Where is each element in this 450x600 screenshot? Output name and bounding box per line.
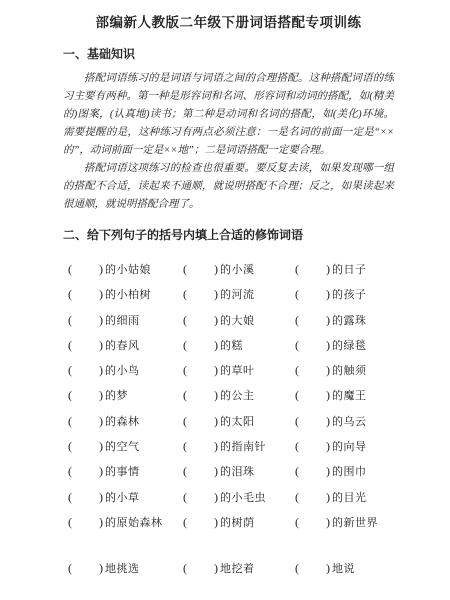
bracket-close: ) xyxy=(99,388,103,402)
phrase-label: 地挑选 xyxy=(105,563,140,575)
bracket-close: ) xyxy=(99,363,103,377)
bracket-open: ( xyxy=(295,561,299,575)
bracket-close: ) xyxy=(214,388,218,402)
bracket-open: ( xyxy=(295,338,299,352)
fill-blank-item: ()的太阳 xyxy=(183,409,295,434)
phrase-label: 的树荫 xyxy=(220,517,255,529)
fill-blank-item: ()的空气 xyxy=(68,434,183,459)
fill-blank-item: ()的新世界 xyxy=(295,510,394,535)
fill-blank-item: ()的公主 xyxy=(183,383,295,408)
fill-blank-item: ()的原始森林 xyxy=(68,510,183,535)
phrase-label: 的小毛虫 xyxy=(220,492,266,504)
bracket-open: ( xyxy=(183,414,187,428)
bracket-close: ) xyxy=(99,561,103,575)
section1-paragraph-1: 搭配词语练习的是词语与词语之间的合理搭配。这种搭配词语的练习主要有两种。第一种是… xyxy=(63,70,394,160)
fill-blank-item: ()的指南针 xyxy=(183,434,295,459)
bracket-open: ( xyxy=(68,490,72,504)
bracket-open: ( xyxy=(295,262,299,276)
bracket-close: ) xyxy=(326,515,330,529)
bracket-close: ) xyxy=(214,338,218,352)
fill-blank-item: ()的小鸟 xyxy=(68,358,183,383)
fill-blank-item: ()的小草 xyxy=(68,485,183,510)
phrase-label: 的目光 xyxy=(332,492,367,504)
fill-blank-item: ()的乌云 xyxy=(295,409,394,434)
fill-blank-item: ()地说 xyxy=(295,556,394,581)
bracket-open: ( xyxy=(295,313,299,327)
bracket-close: ) xyxy=(99,414,103,428)
fill-blank-item: ()的梦 xyxy=(68,383,183,408)
bracket-close: ) xyxy=(99,490,103,504)
bracket-close: ) xyxy=(214,313,218,327)
bracket-open: ( xyxy=(295,388,299,402)
phrase-label: 地挖着 xyxy=(220,563,255,575)
phrase-label: 的大娘 xyxy=(220,315,255,327)
phrase-label: 的森林 xyxy=(105,416,140,428)
phrase-label: 的围巾 xyxy=(332,466,367,478)
phrase-label: 的日子 xyxy=(332,264,367,276)
bracket-open: ( xyxy=(183,363,187,377)
bracket-open: ( xyxy=(183,490,187,504)
bracket-close: ) xyxy=(214,561,218,575)
bracket-close: ) xyxy=(99,515,103,529)
bracket-close: ) xyxy=(326,262,330,276)
bracket-close: ) xyxy=(214,287,218,301)
bracket-close: ) xyxy=(99,439,103,453)
section1-paragraph-2: 搭配词语这项练习的检查也很重要。要反复去读，如果发现哪一组的搭配不合适，读起来不… xyxy=(63,160,394,214)
bracket-close: ) xyxy=(214,363,218,377)
bracket-close: ) xyxy=(99,338,103,352)
fill-blank-item: ()的河流 xyxy=(183,282,295,307)
bracket-open: ( xyxy=(68,414,72,428)
bracket-open: ( xyxy=(68,515,72,529)
fill-blank-item: ()的绿毯 xyxy=(295,333,394,358)
section2-heading: 二、给下列句子的括号内填上合适的修饰词语 xyxy=(63,226,394,243)
bracket-close: ) xyxy=(214,262,218,276)
fill-blank-item: ()的小柏树 xyxy=(68,282,183,307)
phrase-label: 的向导 xyxy=(332,441,367,453)
phrase-label: 的原始森林 xyxy=(105,517,163,529)
bracket-close: ) xyxy=(326,363,330,377)
phrase-label: 的糕 xyxy=(220,340,243,352)
phrase-label: 的空气 xyxy=(105,441,140,453)
fill-blank-item: ()的糕 xyxy=(183,333,295,358)
phrase-label: 的新世界 xyxy=(332,517,378,529)
bracket-close: ) xyxy=(326,464,330,478)
bracket-open: ( xyxy=(183,515,187,529)
bracket-open: ( xyxy=(183,313,187,327)
phrase-label: 的春风 xyxy=(105,340,140,352)
worksheet-page: 部编新人教版二年级下册词语搭配专项训练 一、基础知识 搭配词语练习的是词语与词语… xyxy=(0,0,450,600)
fill-blank-item: ()的树荫 xyxy=(183,510,295,535)
bracket-close: ) xyxy=(326,313,330,327)
phrase-label: 的小草 xyxy=(105,492,140,504)
bracket-open: ( xyxy=(183,388,187,402)
phrase-label: 的指南针 xyxy=(220,441,266,453)
fill-blank-item: ()的目光 xyxy=(295,485,394,510)
bracket-close: ) xyxy=(326,287,330,301)
fill-blank-item: ()的小毛虫 xyxy=(183,485,295,510)
phrase-label: 的魔王 xyxy=(332,390,367,402)
bracket-open: ( xyxy=(183,464,187,478)
phrase-label: 的公主 xyxy=(220,390,255,402)
fill-blank-item: ()的日子 xyxy=(295,257,394,282)
phrase-label: 的孩子 xyxy=(332,289,367,301)
fill-blank-item: ()地挖着 xyxy=(183,556,295,581)
fill-blank-item: ()的草叶 xyxy=(183,358,295,383)
fill-blank-item: ()的露珠 xyxy=(295,308,394,333)
bracket-open: ( xyxy=(295,439,299,453)
phrase-label: 的露珠 xyxy=(332,315,367,327)
bracket-close: ) xyxy=(326,561,330,575)
fill-blank-grid-verbs: ()地挑选 ()地挖着 ()地说 xyxy=(63,556,394,581)
bracket-open: ( xyxy=(295,464,299,478)
page-title: 部编新人教版二年级下册词语搭配专项训练 xyxy=(63,11,394,31)
bracket-close: ) xyxy=(326,388,330,402)
phrase-label: 的河流 xyxy=(220,289,255,301)
fill-blank-item: ()的细雨 xyxy=(68,308,183,333)
bracket-open: ( xyxy=(68,363,72,377)
phrase-label: 地说 xyxy=(332,563,355,575)
fill-blank-item: ()的森林 xyxy=(68,409,183,434)
phrase-label: 的太阳 xyxy=(220,416,255,428)
bracket-open: ( xyxy=(295,515,299,529)
bracket-close: ) xyxy=(326,439,330,453)
bracket-open: ( xyxy=(295,363,299,377)
fill-blank-item: ()的围巾 xyxy=(295,459,394,484)
fill-blank-item: ()地挑选 xyxy=(68,556,183,581)
phrase-label: 的小姑娘 xyxy=(105,264,151,276)
phrase-label: 的小柏树 xyxy=(105,289,151,301)
bracket-open: ( xyxy=(68,561,72,575)
bracket-open: ( xyxy=(68,464,72,478)
bracket-open: ( xyxy=(295,287,299,301)
fill-blank-item: ()的向导 xyxy=(295,434,394,459)
bracket-close: ) xyxy=(326,414,330,428)
bracket-close: ) xyxy=(214,515,218,529)
phrase-label: 的触须 xyxy=(332,365,367,377)
bracket-open: ( xyxy=(68,388,72,402)
bracket-open: ( xyxy=(68,439,72,453)
bracket-close: ) xyxy=(214,464,218,478)
fill-blank-item: ()的事情 xyxy=(68,459,183,484)
bracket-open: ( xyxy=(68,338,72,352)
bracket-close: ) xyxy=(326,338,330,352)
fill-blank-grid: ()的小姑娘 ()的小溪 ()的日子 ()的小柏树 ()的河流 ()的孩子 ()… xyxy=(63,257,394,535)
phrase-label: 的梦 xyxy=(105,390,128,402)
fill-blank-item: ()的触须 xyxy=(295,358,394,383)
phrase-label: 的事情 xyxy=(105,466,140,478)
bracket-close: ) xyxy=(326,490,330,504)
section1-heading: 一、基础知识 xyxy=(63,45,394,62)
bracket-close: ) xyxy=(99,287,103,301)
fill-blank-item: ()的小姑娘 xyxy=(68,257,183,282)
phrase-label: 的细雨 xyxy=(105,315,140,327)
bracket-open: ( xyxy=(68,313,72,327)
bracket-open: ( xyxy=(68,287,72,301)
phrase-label: 的小溪 xyxy=(220,264,255,276)
bracket-open: ( xyxy=(68,262,72,276)
bracket-open: ( xyxy=(183,262,187,276)
bracket-open: ( xyxy=(295,414,299,428)
bracket-close: ) xyxy=(214,439,218,453)
phrase-label: 的小鸟 xyxy=(105,365,140,377)
bracket-close: ) xyxy=(99,262,103,276)
bracket-open: ( xyxy=(183,439,187,453)
bracket-open: ( xyxy=(183,338,187,352)
phrase-label: 的乌云 xyxy=(332,416,367,428)
bracket-close: ) xyxy=(214,414,218,428)
bracket-close: ) xyxy=(214,490,218,504)
fill-blank-item: ()的泪珠 xyxy=(183,459,295,484)
bracket-open: ( xyxy=(183,561,187,575)
fill-blank-item: ()的小溪 xyxy=(183,257,295,282)
phrase-label: 的草叶 xyxy=(220,365,255,377)
phrase-label: 的泪珠 xyxy=(220,466,255,478)
fill-blank-item: ()的魔王 xyxy=(295,383,394,408)
bracket-open: ( xyxy=(295,490,299,504)
bracket-open: ( xyxy=(183,287,187,301)
phrase-label: 的绿毯 xyxy=(332,340,367,352)
bracket-close: ) xyxy=(99,313,103,327)
fill-blank-item: ()的大娘 xyxy=(183,308,295,333)
fill-blank-item: ()的孩子 xyxy=(295,282,394,307)
bracket-close: ) xyxy=(99,464,103,478)
fill-blank-item: ()的春风 xyxy=(68,333,183,358)
